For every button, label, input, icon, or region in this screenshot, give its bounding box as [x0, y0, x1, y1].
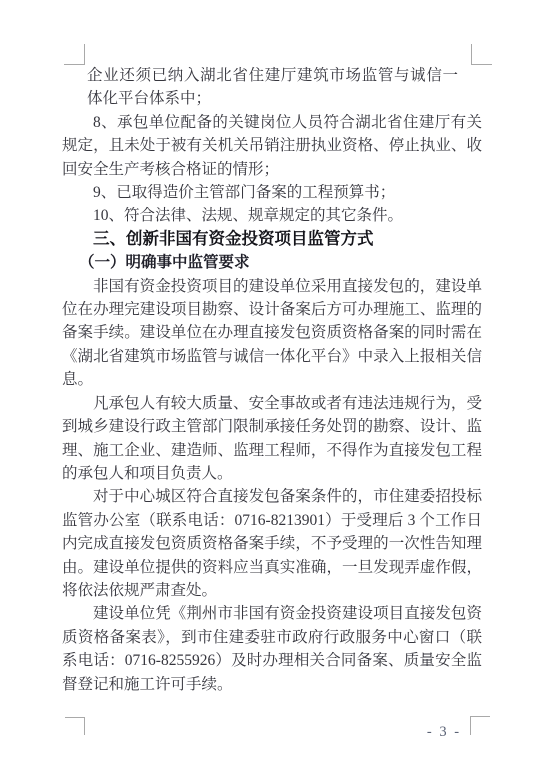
subsection-1-heading: （一）明确事中监管要求: [62, 251, 482, 274]
document-page: 企业还须已纳入湖北省住建厅建筑市场监管与诚信一体化平台体系中； 8、承包单位配备…: [0, 0, 553, 783]
list-item-8: 8、承包单位配备的关键岗位人员符合湖北省住建厅有关规定，且未处于被有关机关吊销注…: [62, 111, 482, 181]
margin-crop-mark-top-left-icon: [64, 44, 85, 65]
margin-crop-mark-bottom-right-icon: [470, 716, 490, 735]
margin-crop-mark-bottom-left-icon: [65, 717, 85, 735]
page-number: - 3 -: [420, 724, 468, 741]
para-continuation: 企业还须已纳入湖北省住建厅建筑市场监管与诚信一体化平台体系中；: [87, 64, 458, 111]
para-violation-restriction: 凡承包人有较大质量、安全事故或者有违法违规行为，受到城乡建设行政主管部门限制承接…: [62, 392, 482, 486]
margin-crop-mark-top-right-icon: [471, 44, 492, 65]
para-filing-form-procedures: 建设单位凭《荆州市非国有资金投资建设项目直接发包资质资格备案表》，到市住建委驻市…: [62, 602, 482, 696]
para-direct-contracting: 非国有资金投资项目的建设单位采用直接发包的，建设单位在办理完建设项目勘察、设计备…: [62, 275, 482, 392]
document-body: 企业还须已纳入湖北省住建厅建筑市场监管与诚信一体化平台体系中； 8、承包单位配备…: [62, 64, 482, 696]
list-item-10: 10、符合法律、法规、规章规定的其它条件。: [62, 204, 482, 227]
para-central-district-filing: 对于中心城区符合直接发包备案条件的，市住建委招投标监管办公室（联系电话：0716…: [62, 485, 482, 602]
list-item-9: 9、已取得造价主管部门备案的工程预算书；: [62, 181, 482, 204]
section-3-heading: 三、创新非国有资金投资项目监管方式: [62, 228, 482, 251]
